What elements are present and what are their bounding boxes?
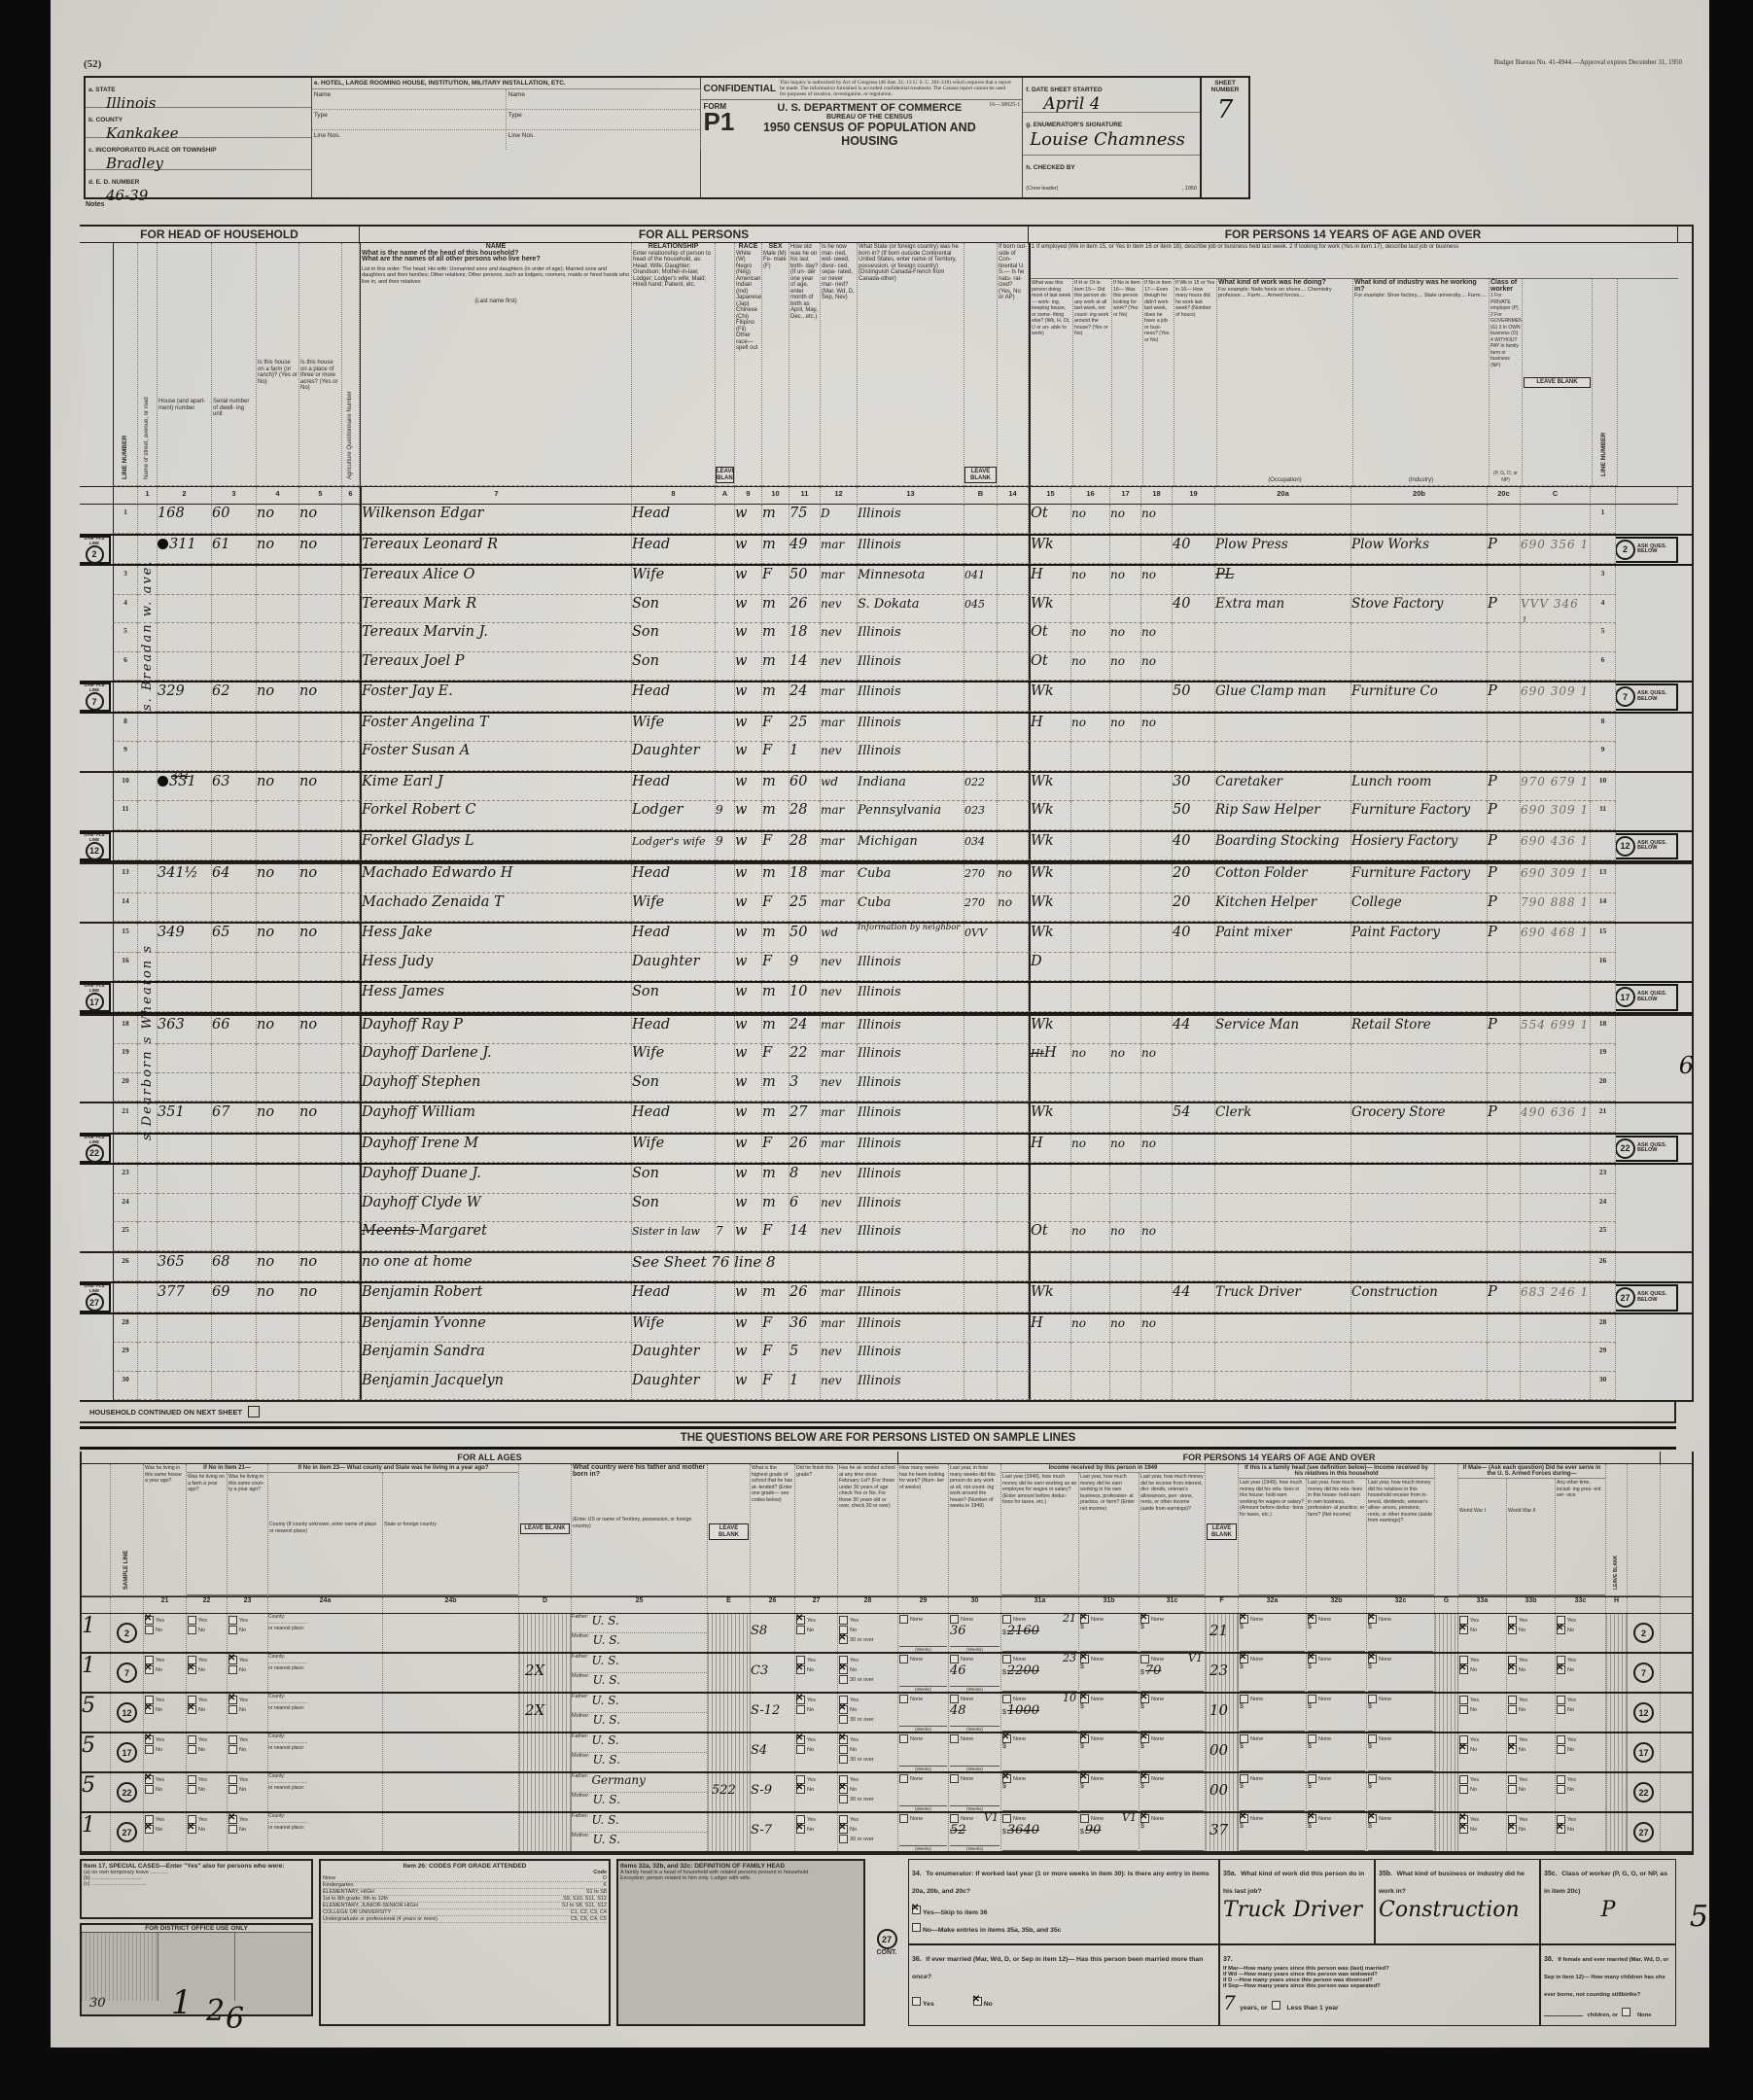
wages-income-none-checkbox[interactable] <box>1002 1655 1011 1663</box>
business-income-amount[interactable]: 90 <box>1085 1823 1102 1837</box>
age[interactable]: 36 <box>789 1315 807 1331</box>
leave-blank-a-code[interactable]: 9 <box>716 834 723 848</box>
served-ww1-checkbox[interactable] <box>1459 1665 1468 1674</box>
sheet-number-value[interactable]: 7 <box>1202 95 1248 124</box>
wages-income-note[interactable]: 10 <box>1063 1694 1076 1704</box>
age[interactable]: 50 <box>789 567 807 582</box>
marital-status[interactable]: wd <box>821 775 838 788</box>
age[interactable]: 24 <box>789 683 807 699</box>
wages-income-note[interactable]: 21 <box>1063 1614 1076 1625</box>
birthplace[interactable]: Illinois <box>858 744 901 758</box>
leave-blank-f-code[interactable]: 10 <box>1210 1701 1228 1719</box>
on-farm[interactable]: no <box>257 774 274 789</box>
business-income-none-checkbox[interactable] <box>1080 1655 1089 1663</box>
sex[interactable]: m <box>762 653 776 669</box>
relatives-business-none-checkbox[interactable] <box>1308 1734 1316 1743</box>
industry[interactable]: Plow Works <box>1351 537 1429 552</box>
race[interactable]: w <box>735 506 747 521</box>
served-ww2-checkbox[interactable] <box>1508 1665 1517 1674</box>
hours-worked[interactable]: 40 <box>1173 596 1190 612</box>
same-county-year-ago-checkbox[interactable] <box>228 1815 237 1824</box>
leave-blank-b-code[interactable]: 270 <box>964 896 985 909</box>
weeks-worked-none-checkbox[interactable] <box>950 1655 959 1663</box>
activity-last-week[interactable]: Wk <box>1031 683 1054 699</box>
finished-grade-checkbox[interactable] <box>796 1745 805 1754</box>
race[interactable]: w <box>735 683 747 699</box>
industry[interactable]: Furniture Factory <box>1351 865 1470 881</box>
on-farm-year-ago-checkbox[interactable] <box>188 1825 196 1834</box>
age[interactable]: 14 <box>789 653 807 669</box>
marital-status[interactable]: mar <box>821 866 844 880</box>
house-number[interactable]: 377 <box>158 1284 185 1300</box>
relatives-other-income-none-checkbox[interactable] <box>1368 1734 1377 1743</box>
serial-number[interactable]: 64 <box>212 865 229 881</box>
relationship[interactable]: Son <box>632 624 659 640</box>
worked-last-week[interactable]: no <box>1071 625 1086 639</box>
has-job[interactable]: no <box>1141 1137 1156 1150</box>
hours-worked[interactable]: 50 <box>1173 683 1190 699</box>
attended-school-since-feb-checkbox[interactable] <box>839 1705 848 1714</box>
served-ww2-checkbox[interactable] <box>1508 1696 1517 1704</box>
leave-blank-c-code[interactable]: 490 636 1 <box>1521 1105 1589 1119</box>
occupation[interactable]: Glue Clamp man <box>1215 683 1326 699</box>
relationship[interactable]: Son <box>632 984 659 999</box>
sample-margin-count[interactable]: 5 <box>82 1733 95 1758</box>
relationship[interactable]: Head <box>632 537 670 552</box>
marital-status[interactable]: mar <box>821 1018 844 1032</box>
age[interactable]: 8 <box>789 1166 798 1181</box>
weeks-looking-none-checkbox[interactable] <box>899 1774 908 1783</box>
relatives-other-income-none-checkbox[interactable] <box>1368 1615 1377 1624</box>
relationship[interactable]: Lodger <box>632 802 683 818</box>
attended-school-since-feb-checkbox[interactable] <box>839 1835 848 1843</box>
wages-income-amount[interactable]: 1000 <box>1007 1703 1039 1718</box>
class-of-worker[interactable]: P <box>1488 683 1497 699</box>
relationship[interactable]: Sister in law <box>632 1225 700 1238</box>
highest-grade[interactable]: S-7 <box>751 1823 772 1837</box>
age[interactable]: 24 <box>789 1017 807 1032</box>
business-income-none-checkbox[interactable] <box>1080 1695 1089 1703</box>
leave-blank-c-code[interactable]: 690 309 1 <box>1521 684 1589 698</box>
worked-last-week[interactable]: no <box>1071 716 1086 729</box>
looking-for-work[interactable]: no <box>1110 1224 1125 1238</box>
has-job[interactable]: no <box>1141 1224 1156 1238</box>
same-county-year-ago-checkbox[interactable] <box>228 1705 237 1714</box>
has-job[interactable]: no <box>1141 1046 1156 1060</box>
has-job[interactable]: no <box>1141 716 1156 729</box>
relationship[interactable]: Daughter <box>632 743 700 758</box>
hotel-lines-field-2[interactable]: Line Nos. <box>507 130 700 150</box>
person-name[interactable]: Dayhoff Stephen <box>362 1074 480 1090</box>
relatives-business-none-checkbox[interactable] <box>1308 1814 1316 1823</box>
weeks-looking-none-checkbox[interactable] <box>899 1695 908 1703</box>
finished-grade-checkbox[interactable] <box>796 1785 805 1794</box>
class-of-worker[interactable]: P <box>1488 894 1497 910</box>
weeks-worked-amount[interactable]: 46 <box>950 1663 966 1678</box>
three-acres[interactable]: no <box>299 1254 317 1270</box>
leave-blank-b-code[interactable]: 022 <box>964 776 985 788</box>
person-name[interactable]: Foster Angelina T <box>362 715 489 730</box>
enumerator-signature-value[interactable]: Louise Chamness <box>1030 129 1197 150</box>
age[interactable]: 22 <box>789 1045 807 1061</box>
has-job[interactable]: no <box>1141 568 1156 581</box>
looking-for-work[interactable]: no <box>1110 1137 1125 1150</box>
highest-grade[interactable]: S-9 <box>751 1783 772 1798</box>
activity-last-week[interactable]: Ot <box>1031 624 1048 640</box>
on-farm-year-ago-checkbox[interactable] <box>188 1775 196 1784</box>
sex[interactable]: m <box>762 596 776 612</box>
house-number[interactable]: 311 <box>169 537 196 552</box>
hours-worked[interactable]: 20 <box>1173 894 1190 910</box>
three-acres[interactable]: no <box>299 1104 317 1120</box>
weeks-looking-none-checkbox[interactable] <box>899 1655 908 1663</box>
worked-last-week[interactable]: no <box>1071 1224 1086 1238</box>
age[interactable]: 60 <box>789 774 807 789</box>
class-of-worker[interactable]: P <box>1488 865 1497 881</box>
on-farm[interactable]: no <box>257 925 274 940</box>
age[interactable]: 27 <box>789 1104 807 1120</box>
other-income-none-checkbox[interactable] <box>1140 1615 1149 1624</box>
sex[interactable]: m <box>762 506 776 521</box>
race[interactable]: w <box>735 802 747 818</box>
occupation[interactable]: Boarding Stocking <box>1215 833 1339 849</box>
birthplace[interactable]: Illinois <box>858 654 901 669</box>
activity-last-week[interactable]: H <box>1031 1136 1043 1151</box>
wages-income-none-checkbox[interactable] <box>1002 1695 1011 1703</box>
person-name[interactable]: Tereaux Mark R <box>362 596 476 612</box>
sex[interactable]: F <box>762 894 772 910</box>
sex[interactable]: m <box>762 1074 776 1090</box>
served-ww1-checkbox[interactable] <box>1459 1745 1468 1754</box>
person-name[interactable]: Benjamin Robert <box>362 1284 482 1300</box>
same-county-year-ago-checkbox[interactable] <box>228 1656 237 1664</box>
three-acres[interactable]: no <box>299 506 317 521</box>
served-ww1-checkbox[interactable] <box>1459 1775 1468 1784</box>
item-34-no-checkbox[interactable] <box>912 1923 921 1932</box>
relationship[interactable]: Wife <box>632 1315 664 1331</box>
on-farm-year-ago-checkbox[interactable] <box>188 1705 196 1714</box>
wages-income-amount[interactable]: 2200 <box>1007 1663 1039 1678</box>
item-38-answer-line[interactable] <box>1544 2015 1583 2016</box>
relationship[interactable]: Wife <box>632 894 664 910</box>
leave-blank-a-code[interactable]: 9 <box>716 803 723 817</box>
served-ww1-checkbox[interactable] <box>1459 1705 1468 1714</box>
finished-grade-checkbox[interactable] <box>796 1735 805 1744</box>
marital-status[interactable]: nev <box>821 955 842 968</box>
same-county-year-ago-checkbox[interactable] <box>228 1626 237 1634</box>
occupation[interactable]: Clerk <box>1215 1104 1251 1120</box>
item-36-no-checkbox[interactable] <box>973 1997 982 2006</box>
person-name[interactable]: Foster Jay E. <box>362 683 453 699</box>
has-job[interactable]: no <box>1141 625 1156 639</box>
same-county-year-ago-checkbox[interactable] <box>228 1735 237 1744</box>
person-name[interactable]: Dayhoff Duane J. <box>362 1166 481 1181</box>
person-name[interactable]: Benjamin Yvonne <box>362 1315 486 1331</box>
activity-last-week[interactable]: D <box>1031 954 1042 969</box>
house-number[interactable]: 349 <box>158 925 185 940</box>
marital-status[interactable]: mar <box>821 538 844 551</box>
activity-last-week[interactable]: H <box>1031 567 1043 582</box>
leave-blank-e-code[interactable]: 522 <box>712 1783 736 1798</box>
three-acres[interactable]: no <box>299 1017 317 1032</box>
marital-status[interactable]: nev <box>821 744 842 757</box>
race[interactable]: w <box>735 1017 747 1032</box>
hours-worked[interactable]: 40 <box>1173 833 1190 849</box>
leave-blank-f-code[interactable]: 21 <box>1210 1622 1228 1639</box>
marital-status[interactable]: nev <box>821 1167 842 1180</box>
item-34-yes-checkbox[interactable] <box>912 1906 921 1914</box>
other-income-none-checkbox[interactable] <box>1140 1814 1149 1823</box>
hours-worked[interactable]: 44 <box>1173 1017 1190 1032</box>
relatives-other-income-none-checkbox[interactable] <box>1368 1814 1377 1823</box>
birthplace[interactable]: Illinois <box>858 1046 901 1061</box>
finished-grade-checkbox[interactable] <box>796 1616 805 1625</box>
serial-number[interactable]: 68 <box>212 1254 229 1270</box>
worked-last-week[interactable]: no <box>1071 1316 1086 1330</box>
served-other-checkbox[interactable] <box>1557 1775 1565 1784</box>
sex[interactable]: m <box>762 1166 776 1181</box>
date-started-value[interactable]: April 4 <box>1043 94 1197 114</box>
sex[interactable]: F <box>762 1136 772 1151</box>
activity-last-week[interactable]: Wk <box>1031 894 1054 910</box>
relationship[interactable]: Daughter <box>632 1344 700 1359</box>
leave-blank-c-code[interactable]: 790 888 1 <box>1521 895 1589 909</box>
birthplace[interactable]: Information by neighbor <box>858 924 964 932</box>
relatives-business-none-checkbox[interactable] <box>1308 1615 1316 1624</box>
occupation[interactable]: Caretaker <box>1215 774 1282 789</box>
hotel-type-field-1[interactable]: Type <box>312 110 506 130</box>
birthplace[interactable]: Illinois <box>858 507 901 521</box>
person-name[interactable]: Benjamin Sandra <box>362 1344 485 1359</box>
item-37-less-checkbox[interactable] <box>1272 2001 1280 2010</box>
person-name[interactable]: Dayhoff Irene M <box>362 1136 478 1151</box>
relationship[interactable]: Wife <box>632 1045 664 1061</box>
marital-status[interactable]: nev <box>821 1345 842 1358</box>
relationship[interactable]: Son <box>632 1166 659 1181</box>
serial-number[interactable]: 62 <box>212 683 229 699</box>
attended-school-since-feb-checkbox[interactable] <box>839 1795 848 1803</box>
same-county-year-ago-checkbox[interactable] <box>228 1745 237 1754</box>
industry[interactable]: Stove Factory <box>1351 596 1443 612</box>
leave-blank-c-code[interactable]: 690 356 1 <box>1521 538 1589 551</box>
person-name[interactable]: Tereaux Marvin J. <box>362 624 488 640</box>
see-note[interactable]: See Sheet 76 line 8 <box>632 1253 776 1271</box>
item-35b-value[interactable]: Construction <box>1379 1898 1536 1922</box>
sample-margin-count[interactable]: 5 <box>82 1773 95 1798</box>
sex[interactable]: F <box>762 715 772 730</box>
age[interactable]: 26 <box>789 1136 807 1151</box>
birthplace[interactable]: S. Dokata <box>858 597 920 612</box>
relationship[interactable]: Head <box>632 925 670 940</box>
serial-number[interactable]: 60 <box>212 506 229 521</box>
weeks-worked-note[interactable]: V1 <box>984 1813 999 1824</box>
sex[interactable]: m <box>762 1017 776 1032</box>
relationship[interactable]: Head <box>632 683 670 699</box>
weeks-worked-none-checkbox[interactable] <box>950 1774 959 1783</box>
relationship[interactable]: Daughter <box>632 1373 700 1388</box>
relationship[interactable]: Wife <box>632 567 664 582</box>
race[interactable]: w <box>735 984 747 999</box>
father-birthplace[interactable]: U. S. <box>591 1614 618 1632</box>
weeks-worked-none-checkbox[interactable] <box>950 1695 959 1703</box>
age[interactable]: 3 <box>789 1074 798 1090</box>
race[interactable]: w <box>735 1344 747 1359</box>
hotel-type-field-2[interactable]: Type <box>507 110 700 130</box>
activity-last-week[interactable]: H <box>1031 1315 1043 1331</box>
sex[interactable]: m <box>762 774 776 789</box>
occupation[interactable]: Service Man <box>1215 1017 1299 1032</box>
looking-for-work[interactable]: no <box>1110 716 1125 729</box>
ed-number-value[interactable]: 46-39 <box>106 187 308 204</box>
attended-school-since-feb-checkbox[interactable] <box>839 1715 848 1724</box>
age[interactable]: 10 <box>789 984 807 999</box>
relatives-other-income-none-checkbox[interactable] <box>1368 1695 1377 1703</box>
weeks-worked-none-checkbox[interactable] <box>950 1734 959 1743</box>
highest-grade[interactable]: S8 <box>751 1624 767 1638</box>
activity-last-week[interactable]: Wk <box>1031 1284 1054 1300</box>
activity-last-week[interactable]: Wk <box>1031 925 1054 940</box>
business-income-none-checkbox[interactable] <box>1080 1615 1089 1624</box>
race[interactable]: w <box>735 567 747 582</box>
served-ww1-checkbox[interactable] <box>1459 1696 1468 1704</box>
relationship[interactable]: Head <box>632 506 670 521</box>
relationship[interactable]: Daughter <box>632 954 700 969</box>
on-farm[interactable]: no <box>257 1254 274 1270</box>
race[interactable]: w <box>735 894 747 910</box>
looking-for-work[interactable]: no <box>1110 625 1125 639</box>
birthplace[interactable]: Illinois <box>858 1167 901 1181</box>
attended-school-since-feb-checkbox[interactable] <box>839 1635 848 1644</box>
class-of-worker[interactable]: P <box>1488 833 1497 849</box>
industry[interactable]: Paint Factory <box>1351 925 1440 940</box>
mother-birthplace[interactable]: U. S. <box>593 1713 620 1732</box>
same-house-year-ago-checkbox[interactable] <box>145 1785 154 1794</box>
same-house-year-ago-checkbox[interactable] <box>145 1665 154 1674</box>
sex[interactable]: F <box>762 567 772 582</box>
age[interactable]: 26 <box>789 1284 807 1300</box>
birthplace[interactable]: Illinois <box>858 1345 901 1359</box>
attended-school-since-feb-checkbox[interactable] <box>839 1735 848 1744</box>
wages-income-note[interactable]: 23 <box>1063 1654 1076 1664</box>
sex[interactable]: F <box>762 954 772 969</box>
relatives-wages-none-checkbox[interactable] <box>1240 1615 1248 1624</box>
activity-last-week[interactable]: Wk <box>1031 774 1054 789</box>
marital-status[interactable]: mar <box>821 716 844 729</box>
highest-grade[interactable]: C3 <box>751 1663 768 1678</box>
same-county-year-ago-checkbox[interactable] <box>228 1696 237 1704</box>
occupation[interactable]: Paint mixer <box>1215 925 1291 940</box>
attended-school-since-feb-checkbox[interactable] <box>839 1665 848 1674</box>
served-other-checkbox[interactable] <box>1557 1696 1565 1704</box>
same-county-year-ago-checkbox[interactable] <box>228 1775 237 1784</box>
activity-last-week[interactable]: Wk <box>1031 1017 1054 1032</box>
industry[interactable]: Lunch room <box>1351 774 1431 789</box>
activity-last-week[interactable]: Wk <box>1031 865 1054 881</box>
item-38-none-checkbox[interactable] <box>1622 2008 1630 2016</box>
has-job[interactable]: no <box>1141 507 1156 520</box>
person-name[interactable]: Forkel Gladys L <box>362 833 474 849</box>
house-number[interactable]: 168 <box>158 506 185 521</box>
father-birthplace[interactable]: U. S. <box>591 1733 618 1752</box>
marital-status[interactable]: D <box>821 507 830 520</box>
race[interactable]: w <box>735 1373 747 1388</box>
birthplace[interactable]: Illinois <box>858 1196 901 1210</box>
wages-income-none-checkbox[interactable] <box>1002 1774 1011 1783</box>
marital-status[interactable]: mar <box>821 568 844 581</box>
person-name[interactable]: Dayhoff Darlene J. <box>362 1045 492 1061</box>
birthplace[interactable]: Illinois <box>858 1105 901 1120</box>
class-of-worker[interactable]: P <box>1488 774 1497 789</box>
same-county-year-ago-checkbox[interactable] <box>228 1785 237 1794</box>
age[interactable]: 25 <box>789 715 807 730</box>
house-number[interactable]: 329 <box>158 683 185 699</box>
person-name[interactable]: Hess Jake <box>362 925 433 940</box>
attended-school-since-feb-checkbox[interactable] <box>839 1616 848 1625</box>
race[interactable]: w <box>735 865 747 881</box>
leave-blank-b-code[interactable]: 041 <box>964 569 985 581</box>
marital-status[interactable]: nev <box>821 1224 842 1238</box>
same-house-year-ago-checkbox[interactable] <box>145 1775 154 1784</box>
occupation[interactable]: Cotton Folder <box>1215 865 1308 881</box>
three-acres[interactable]: no <box>299 925 317 940</box>
sex[interactable]: m <box>762 624 776 640</box>
relationship[interactable]: Head <box>632 1017 670 1032</box>
mother-birthplace[interactable]: U. S. <box>593 1633 620 1652</box>
birthplace[interactable]: Indiana <box>858 775 906 789</box>
activity-last-week[interactable]: Ot <box>1031 506 1048 521</box>
on-farm[interactable]: no <box>257 1017 274 1032</box>
leave-blank-d-code[interactable]: 2X <box>525 1662 544 1679</box>
attended-school-since-feb-checkbox[interactable] <box>839 1785 848 1794</box>
other-income-none-checkbox[interactable] <box>1140 1655 1149 1663</box>
same-house-year-ago-checkbox[interactable] <box>145 1825 154 1834</box>
served-ww1-checkbox[interactable] <box>1459 1785 1468 1794</box>
industry[interactable]: College <box>1351 894 1402 910</box>
age[interactable]: 49 <box>789 537 807 552</box>
item-37-value[interactable]: 7 <box>1223 1991 1236 2014</box>
leave-blank-b-code[interactable]: 270 <box>964 867 985 880</box>
relatives-wages-none-checkbox[interactable] <box>1240 1734 1248 1743</box>
sex[interactable]: F <box>762 1223 772 1239</box>
person-name[interactable]: Dayhoff Clyde W <box>362 1195 481 1210</box>
race[interactable]: w <box>735 774 747 789</box>
person-name[interactable]: Wilkenson Edgar <box>362 506 483 521</box>
wages-income-none-checkbox[interactable] <box>1002 1814 1011 1823</box>
marital-status[interactable]: mar <box>821 1316 844 1330</box>
served-ww2-checkbox[interactable] <box>1508 1785 1517 1794</box>
birthplace[interactable]: Illinois <box>858 1137 901 1151</box>
person-name[interactable]: Hess James <box>362 984 444 999</box>
relationship[interactable]: Head <box>632 774 670 789</box>
relatives-business-none-checkbox[interactable] <box>1308 1774 1316 1783</box>
person-name[interactable]: Meents Margaret <box>362 1223 487 1239</box>
serial-number[interactable]: 66 <box>212 1017 229 1032</box>
sample-margin-count[interactable]: 1 <box>82 1614 95 1638</box>
birthplace[interactable]: Illinois <box>858 716 901 730</box>
three-acres[interactable]: no <box>299 865 317 881</box>
district-hand-30[interactable]: 30 <box>89 1996 106 2011</box>
occupation[interactable]: Rip Saw Helper <box>1215 802 1320 818</box>
marital-status[interactable]: mar <box>821 895 844 909</box>
served-other-checkbox[interactable] <box>1557 1745 1565 1754</box>
marital-status[interactable]: nev <box>821 1196 842 1209</box>
wages-income-amount[interactable]: 2160 <box>1007 1624 1039 1638</box>
district-hand-2[interactable]: 2 <box>206 1994 225 2028</box>
leave-blank-a-code[interactable]: 7 <box>716 1224 723 1238</box>
birthplace[interactable]: Illinois <box>858 955 901 969</box>
person-name[interactable]: Hess Judy <box>362 954 433 969</box>
attended-school-since-feb-checkbox[interactable] <box>839 1675 848 1684</box>
